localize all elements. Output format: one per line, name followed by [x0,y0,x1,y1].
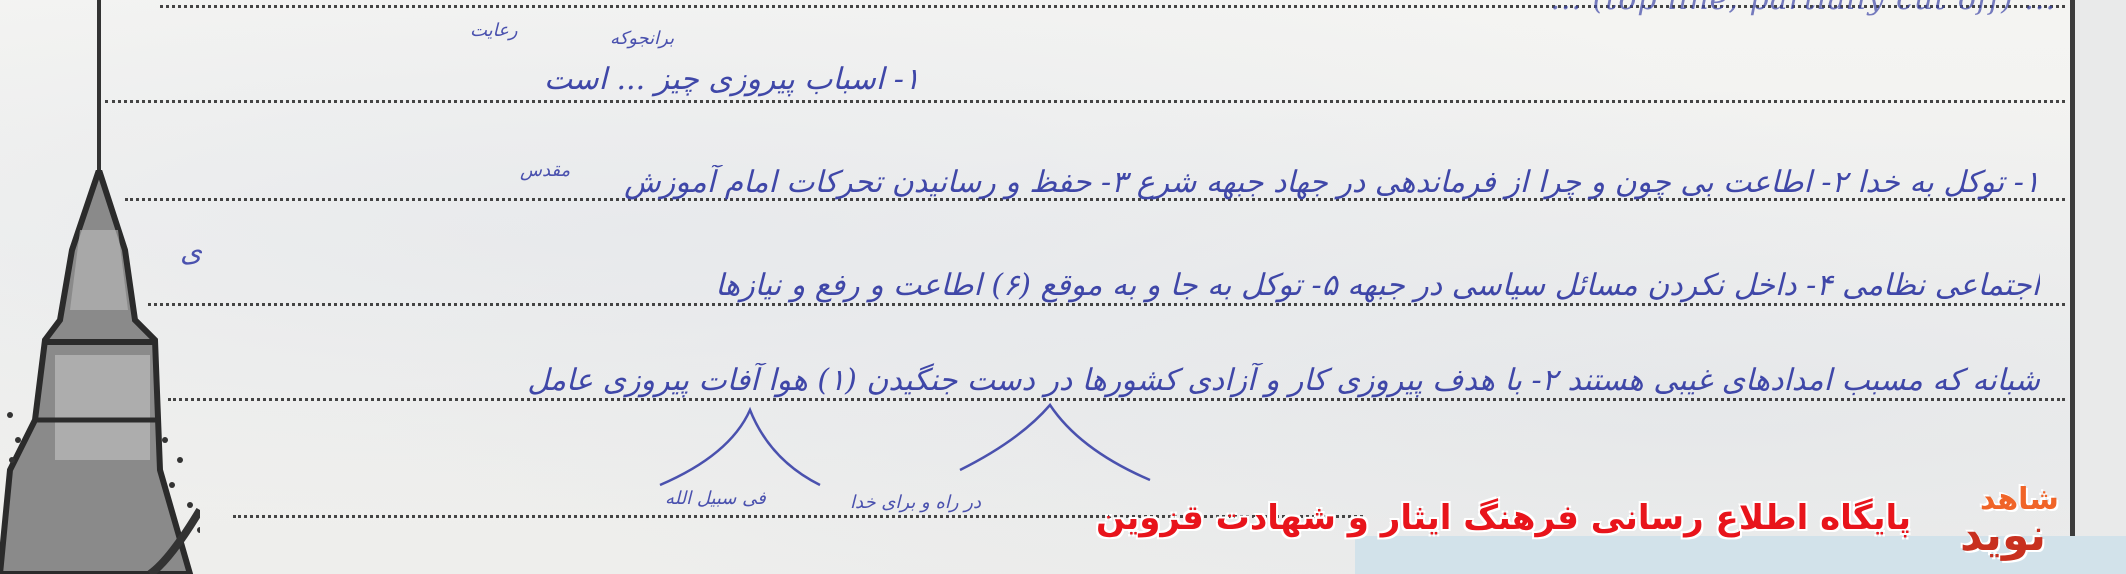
pen-stroke [640,400,1280,510]
scanned-document-page: ... (top line, partially cut off) ... رع… [0,0,2126,574]
handwritten-annotation: برانجوکه [610,28,674,49]
watermark-logo: شاهد نوید [1960,480,2070,560]
handwritten-line: اجتماعی نظامی ۴- داخل نکردن مسائل سیاسی … [170,268,2040,303]
handwritten-line: ۱- توکل به خدا ۲- اطاعت بی چون و چرا از … [160,165,2040,200]
minaret-spire [97,0,101,175]
ruled-line [148,303,2065,306]
handwritten-line: ... (top line, partially cut off) ... [176,0,2056,17]
handwritten-line: شبانه که مسبب امدادهای غیبی هستند ۲- با … [180,363,2040,398]
handwritten-annotation: رعایت [470,20,518,41]
watermark-logo-bottom: نوید [1960,510,2046,561]
site-watermark: پایگاه اطلاع رسانی فرهنگ ایثار و شهادت ق… [1355,480,2126,574]
handwritten-line: ۱- اسباب پیروزی چیز ... است [360,62,920,97]
watermark-tagline: پایگاه اطلاع رسانی فرهنگ ایثار و شهادت ق… [1096,498,1911,538]
minaret-illustration [0,170,200,574]
ruled-line [105,100,2065,103]
handwritten-annotation: ی [180,235,202,268]
